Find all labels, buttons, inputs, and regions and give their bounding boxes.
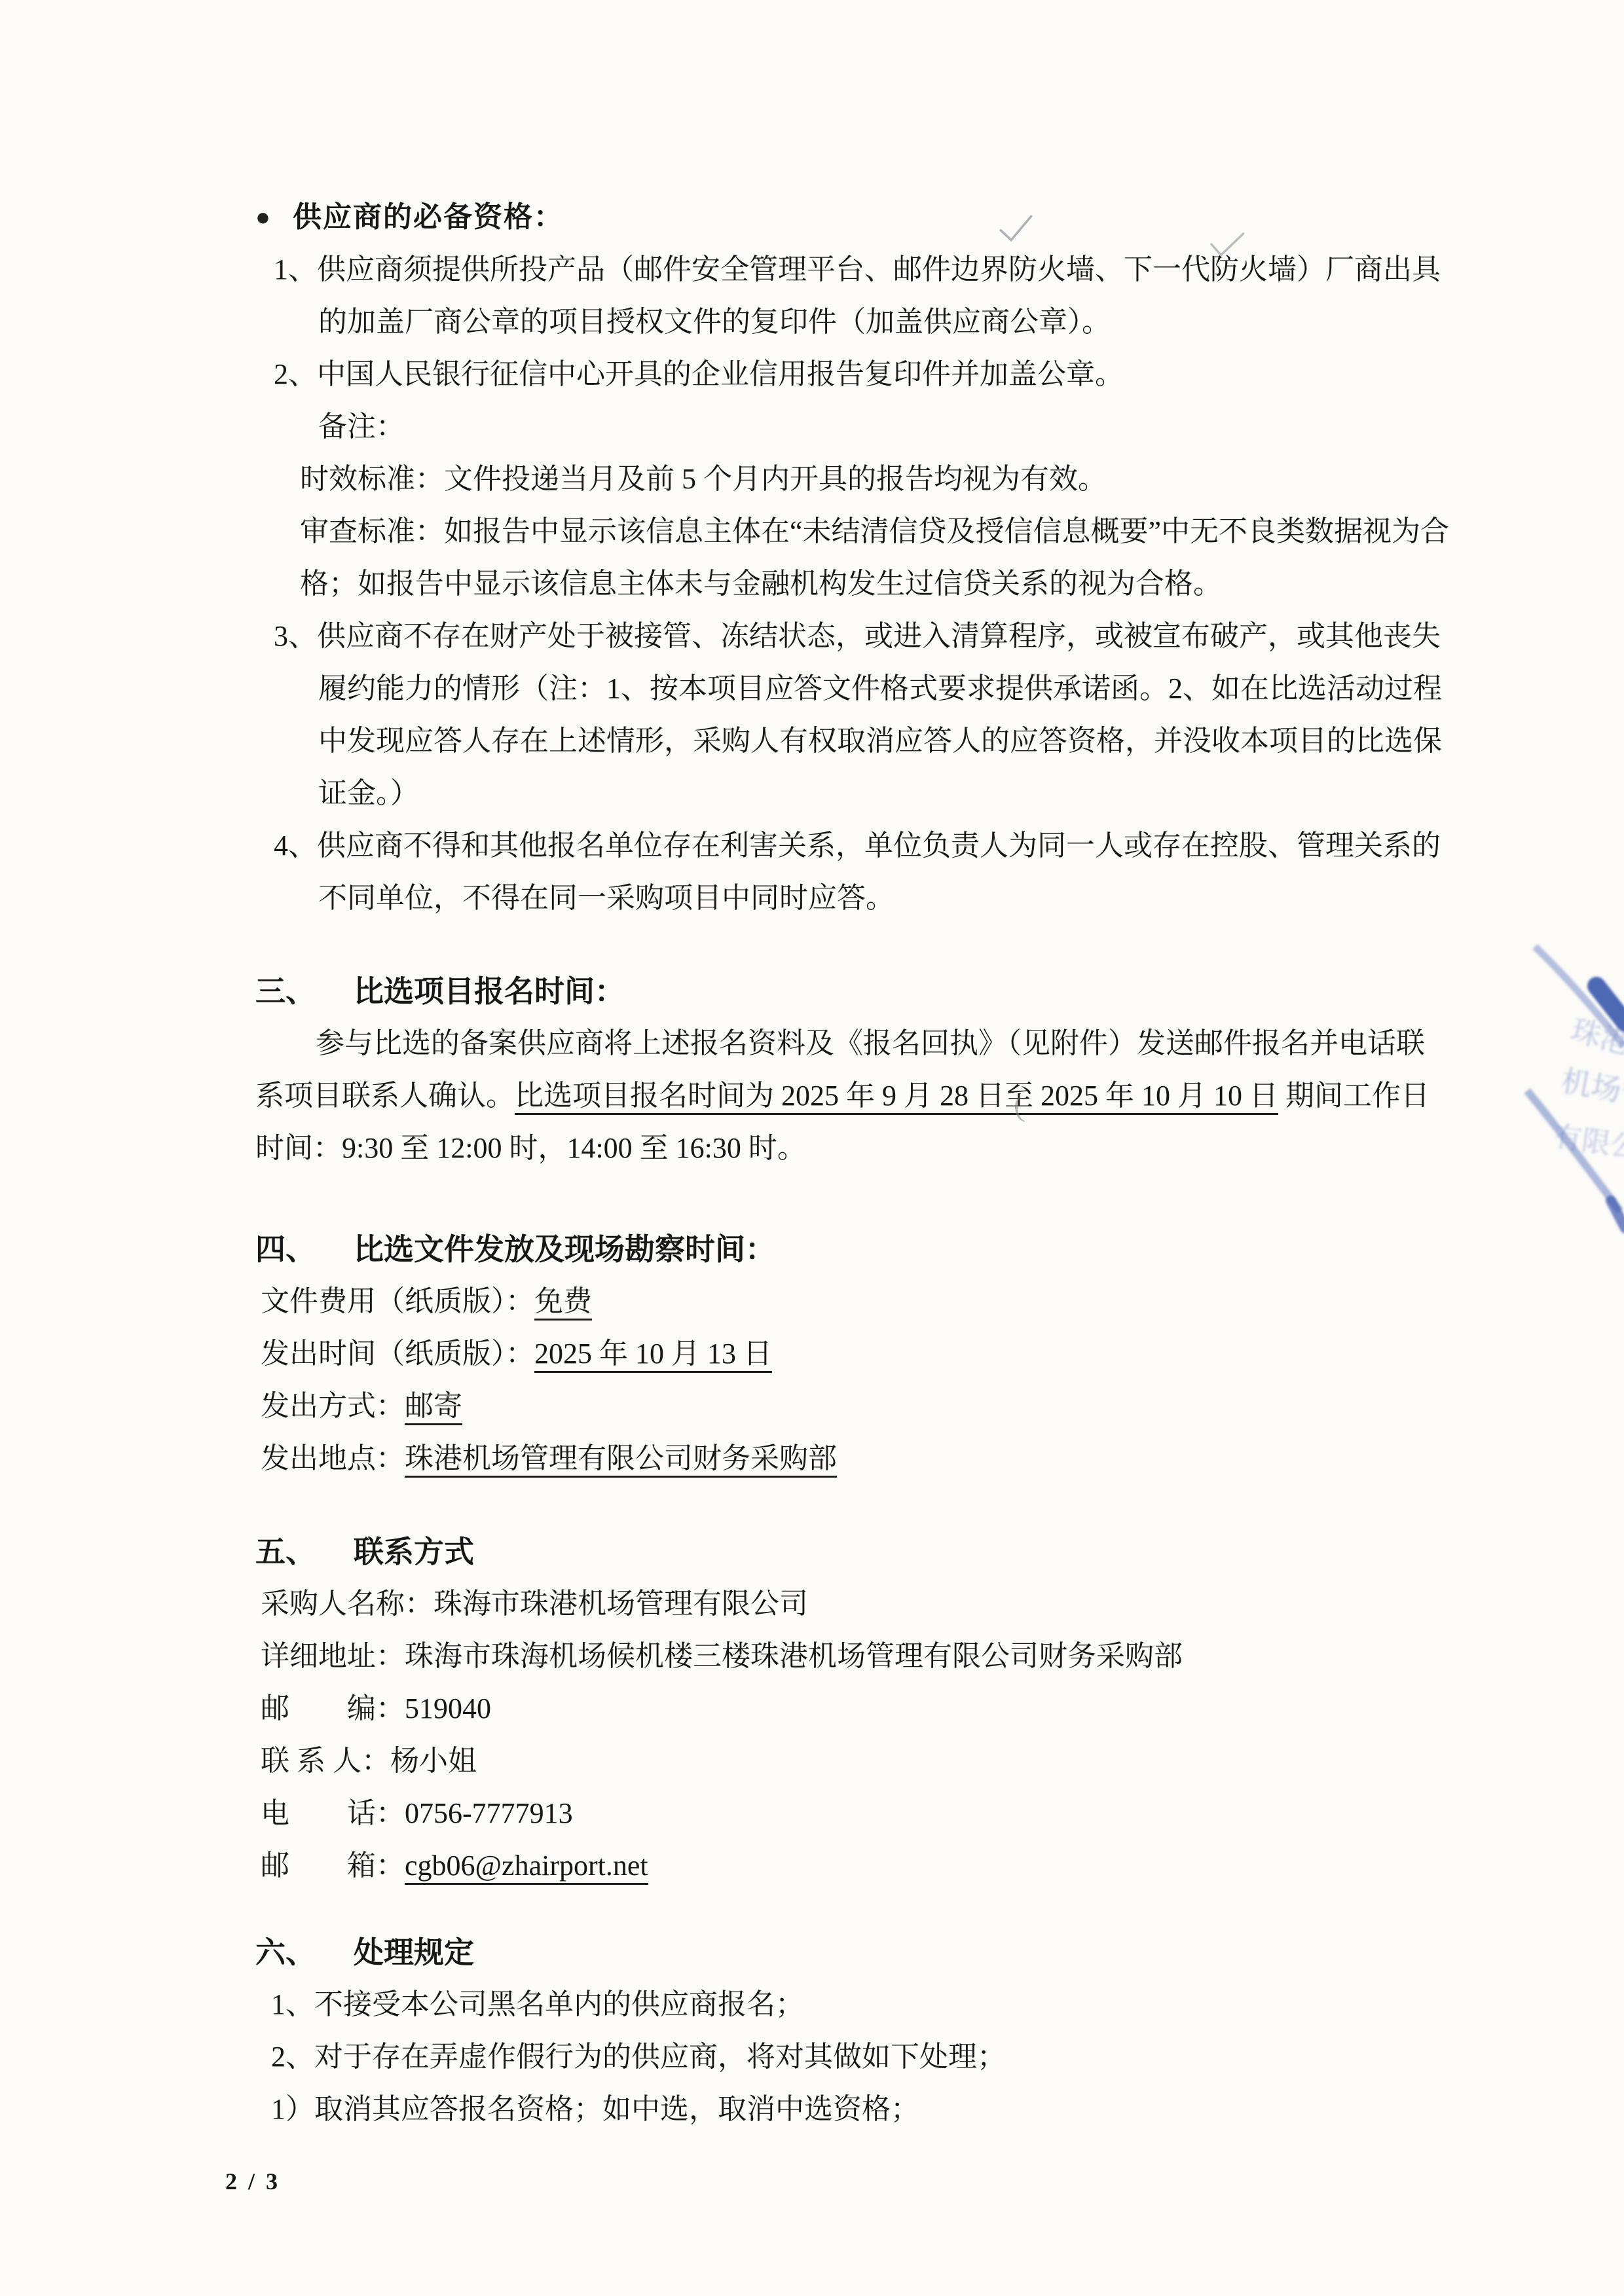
field-value: 杨小姐 [390,1745,477,1777]
item-number: 3、 [274,620,317,652]
postal-code-row: 邮 编：519040 [261,1683,1452,1735]
item-text: 供应商须提供所投产品（邮件安全管理平台、邮件边界防火墙、下一代防火墙）厂商出具的… [317,253,1441,338]
section-3-paragraph: 参与比选的备案供应商将上述报名资料及《报名回执》（见附件）发送邮件报名并电话联系… [255,1017,1452,1175]
address-row: 详细地址：珠海市珠海机场候机楼三楼珠港机场管理有限公司财务采购部 [261,1630,1452,1683]
contact-person-row: 联 系 人：杨小姐 [261,1735,1452,1787]
field-value: 珠港机场管理有限公司财务采购部 [405,1442,837,1478]
notes-label: 备注： [318,401,1452,453]
field-label: 发出时间（纸质版）： [261,1338,534,1370]
item-text: 取消其应答报名资格；如中选，取消中选资格； [314,2093,919,2125]
stamp-text-fragment: 机场管 [1559,1065,1624,1113]
qualification-item-4: 4、供应商不得和其他报名单位存在利害关系，单位负责人为同一人或存在控股、管理关系… [274,820,1452,924]
field-label: 邮 箱： [261,1850,405,1882]
section-number: 五、 [255,1525,354,1578]
rule-item-1: 1、不接受本公司黑名单内的供应商报名； [271,1978,1452,2031]
issue-method-row: 发出方式：邮寄 [261,1380,1452,1432]
field-value: 珠海市珠港机场管理有限公司 [434,1588,808,1620]
qualifications-heading-line: ●供应商的必备资格： [255,191,1452,244]
issue-date-row: 发出时间（纸质版）：2025 年 10 月 13 日 [261,1328,1452,1380]
notes-line-review: 审查标准：如报告中显示该信息主体在“未结清信贷及授信信息概要”中无不良类数据视为… [300,505,1452,610]
field-value: 免费 [534,1285,592,1321]
item-text: 供应商不存在财产处于被接管、冻结状态，或进入清算程序，或被宣布破产，或其他丧失履… [317,620,1442,809]
qualifications-heading: 供应商的必备资格： [293,201,564,233]
section-5-heading: 五、联系方式 [255,1525,1452,1578]
email-row: 邮 箱：cgb06@zhairport.net [261,1840,1452,1892]
field-value: 邮寄 [405,1390,462,1425]
notes-line-validity: 时效标准：文件投递当月及前 5 个月内开具的报告均视为有效。 [300,453,1452,505]
item-number: 1、 [271,1988,314,2020]
item-number: 2、 [274,358,317,390]
field-label: 联 系 人： [261,1745,390,1777]
rule-item-2: 2、对于存在弄虚作假行为的供应商，将对其做如下处理； [271,2031,1452,2083]
item-text: 中国人民银行征信中心开具的企业信用报告复印件并加盖公章。 [317,358,1124,390]
item-number: 2、 [271,2041,314,2073]
issue-place-row: 发出地点：珠港机场管理有限公司财务采购部 [261,1432,1452,1485]
section-number: 四、 [255,1223,354,1275]
field-label: 发出方式： [261,1390,405,1422]
blue-seal-stamp: 珠港 机场管 有限公司 [1521,915,1624,1349]
item-number: 1、 [274,253,317,285]
section-6-heading: 六、处理规定 [255,1926,1452,1978]
phone-row: 电 话：0756-7777913 [261,1787,1452,1840]
field-label: 文件费用（纸质版）： [261,1285,534,1317]
section-title: 联系方式 [354,1535,474,1569]
document-body: ●供应商的必备资格： 1、供应商须提供所投产品（邮件安全管理平台、邮件边界防火墙… [255,191,1452,2136]
section-title: 处理规定 [354,1935,474,1969]
qualification-item-1: 1、供应商须提供所投产品（邮件安全管理平台、邮件边界防火墙、下一代防火墙）厂商出… [274,244,1452,348]
field-label: 发出地点： [261,1442,405,1474]
section-4-heading: 四、比选文件发放及现场勘察时间： [255,1223,1452,1275]
qualification-item-3: 3、供应商不存在财产处于被接管、冻结状态，或进入清算程序，或被宣布破产，或其他丧… [274,610,1452,820]
section-number: 三、 [255,965,354,1017]
pen-checkmark-icon [997,213,1036,245]
item-text: 不接受本公司黑名单内的供应商报名； [314,1988,804,2020]
email-value: cgb06@zhairport.net [405,1850,648,1885]
field-label: 详细地址： [261,1640,405,1672]
field-label: 电 话： [261,1797,405,1829]
item-text: 供应商不得和其他报名单位存在利害关系，单位负责人为同一人或存在控股、管理关系的不… [317,829,1441,914]
field-label: 采购人名称： [261,1588,434,1620]
item-number: 1） [271,2093,314,2125]
page-number: 2 / 3 [225,2155,280,2208]
field-value: 0756-7777913 [405,1797,573,1829]
item-text: 对于存在弄虚作假行为的供应商，将对其做如下处理； [314,2041,1006,2073]
field-value: 519040 [405,1692,491,1724]
section-3-heading: 三、比选项目报名时间： [255,965,1452,1017]
field-value: 2025 年 10 月 13 日 [534,1338,772,1373]
purchaser-name-row: 采购人名称：珠海市珠港机场管理有限公司 [261,1578,1452,1630]
qualification-item-2: 2、中国人民银行征信中心开具的企业信用报告复印件并加盖公章。 [274,348,1452,401]
item-number: 4、 [274,829,317,862]
field-value: 珠海市珠海机场候机楼三楼珠港机场管理有限公司财务采购部 [405,1640,1183,1672]
field-label: 邮 编： [261,1692,405,1724]
rule-subitem-1: 1）取消其应答报名资格；如中选，取消中选资格； [271,2083,1452,2136]
pen-checkmark-icon [1208,230,1246,260]
document-page: ●供应商的必备资格： 1、供应商须提供所投产品（邮件安全管理平台、邮件边界防火墙… [0,0,1624,2296]
section-title: 比选项目报名时间： [354,974,625,1008]
registration-period-underlined: 比选项目报名时间为 2025 年 9 月 28 日至 2025 年 10 月 1… [515,1080,1278,1115]
stamp-text-fragment: 珠港 [1568,1013,1624,1061]
section-number: 六、 [255,1926,354,1978]
stamp-text-fragment: 有限公司 [1551,1120,1624,1168]
section-title: 比选文件发放及现场勘察时间： [354,1232,775,1266]
bullet-icon: ● [255,191,270,244]
document-fee-row: 文件费用（纸质版）：免费 [261,1275,1452,1328]
